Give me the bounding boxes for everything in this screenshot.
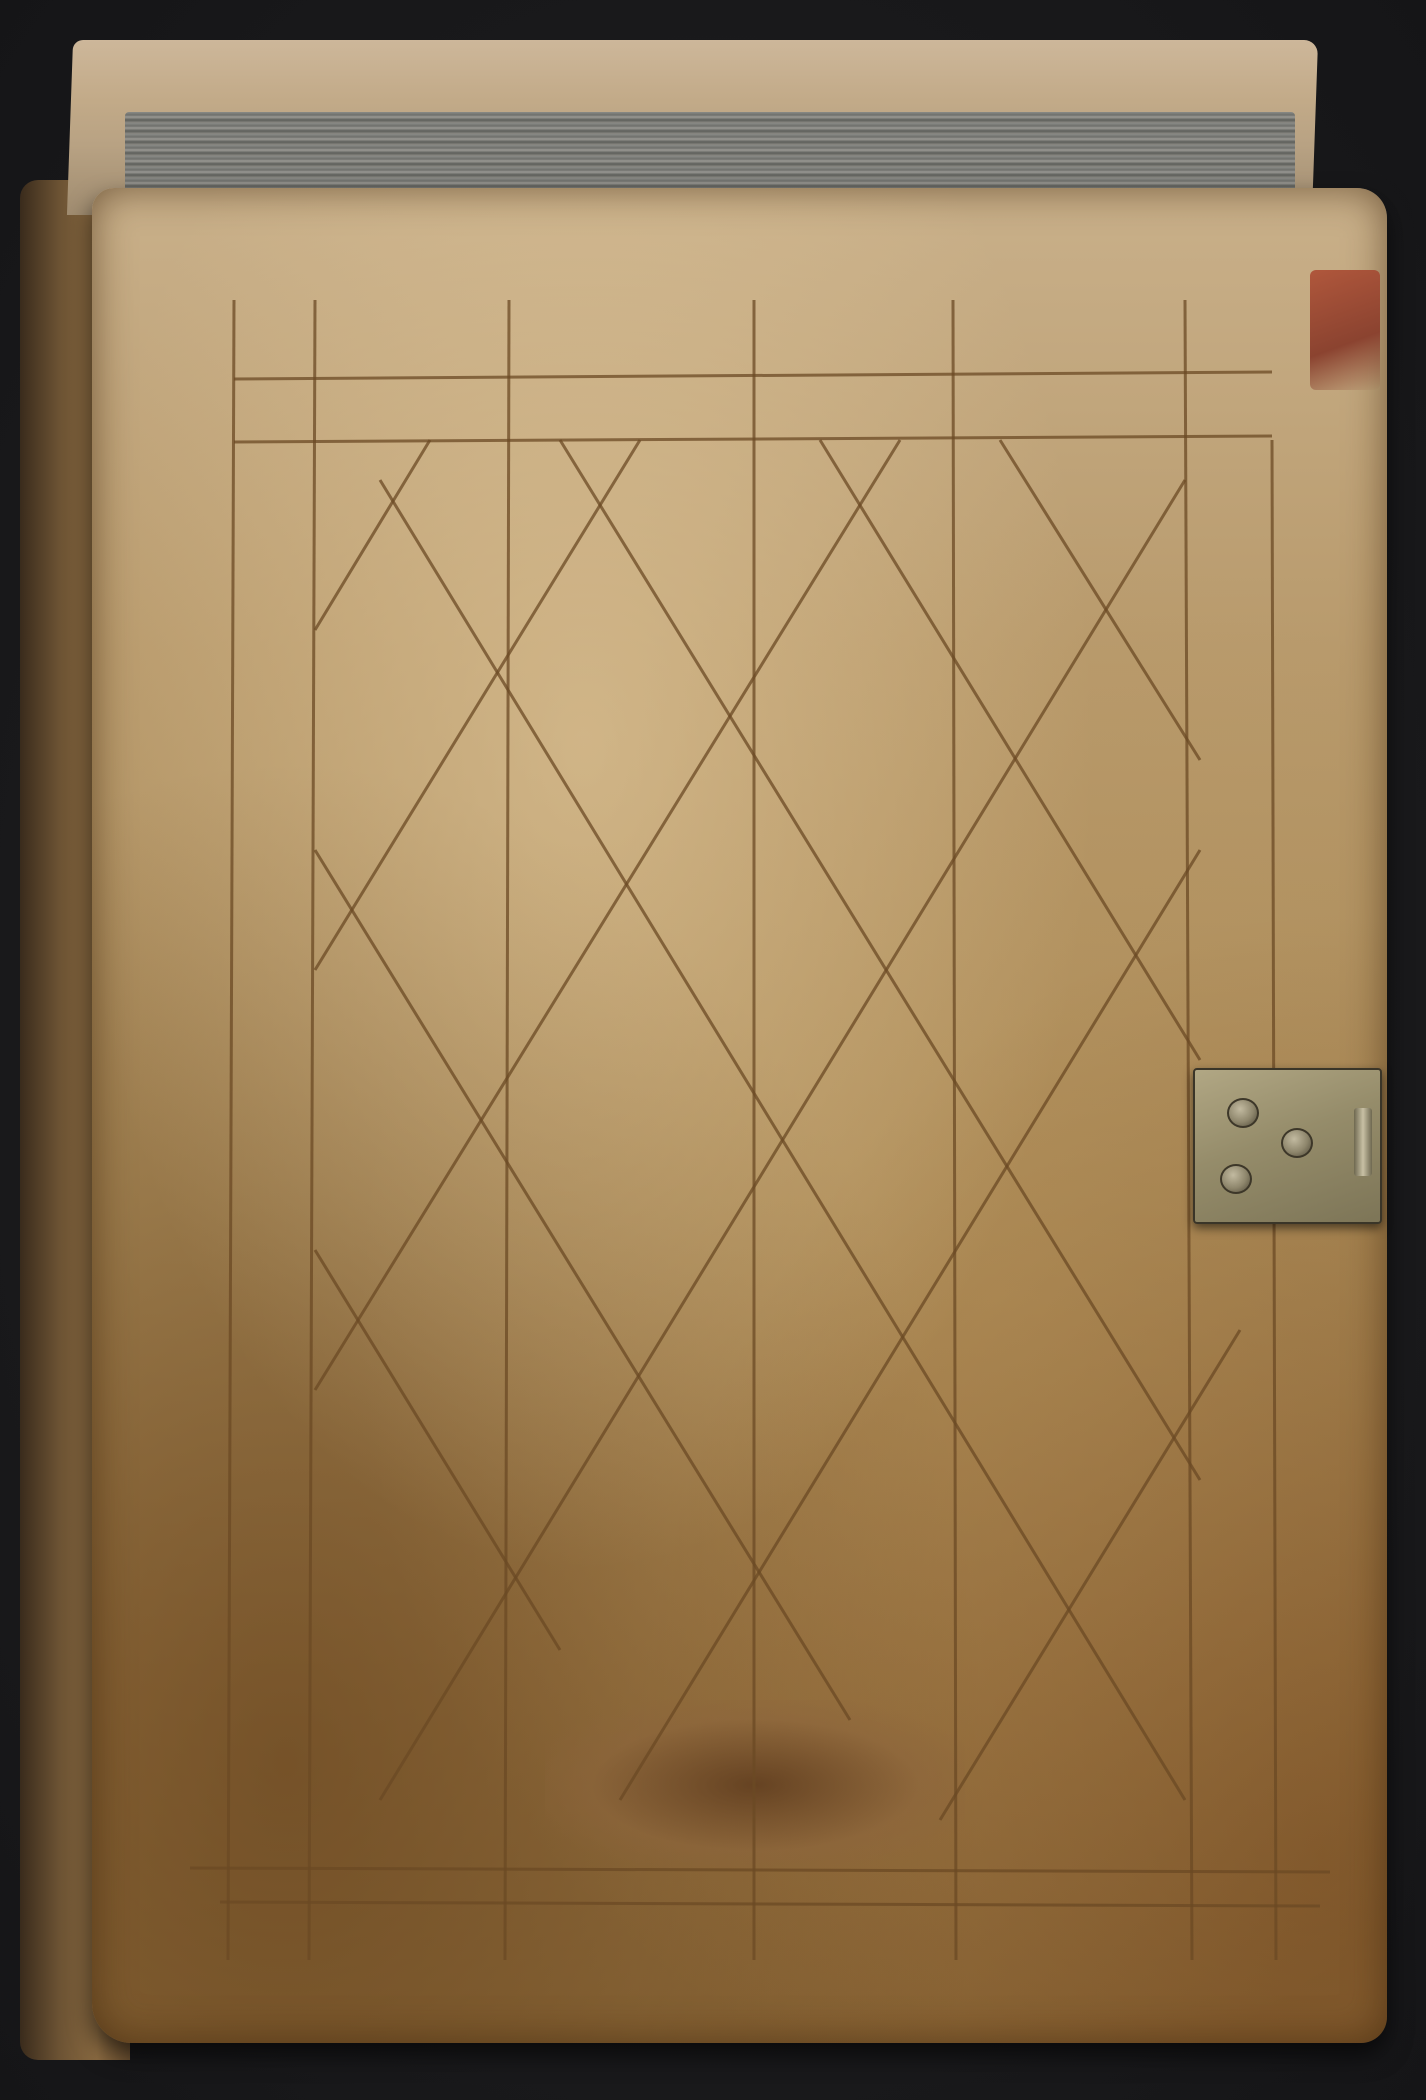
rivet-icon (1227, 1098, 1259, 1128)
blind-tooling (0, 0, 1426, 2100)
rivet-icon (1281, 1128, 1313, 1158)
rivet-icon (1220, 1164, 1252, 1194)
clasp-hinge-pin (1354, 1108, 1372, 1176)
brass-clasp (1193, 1068, 1382, 1224)
